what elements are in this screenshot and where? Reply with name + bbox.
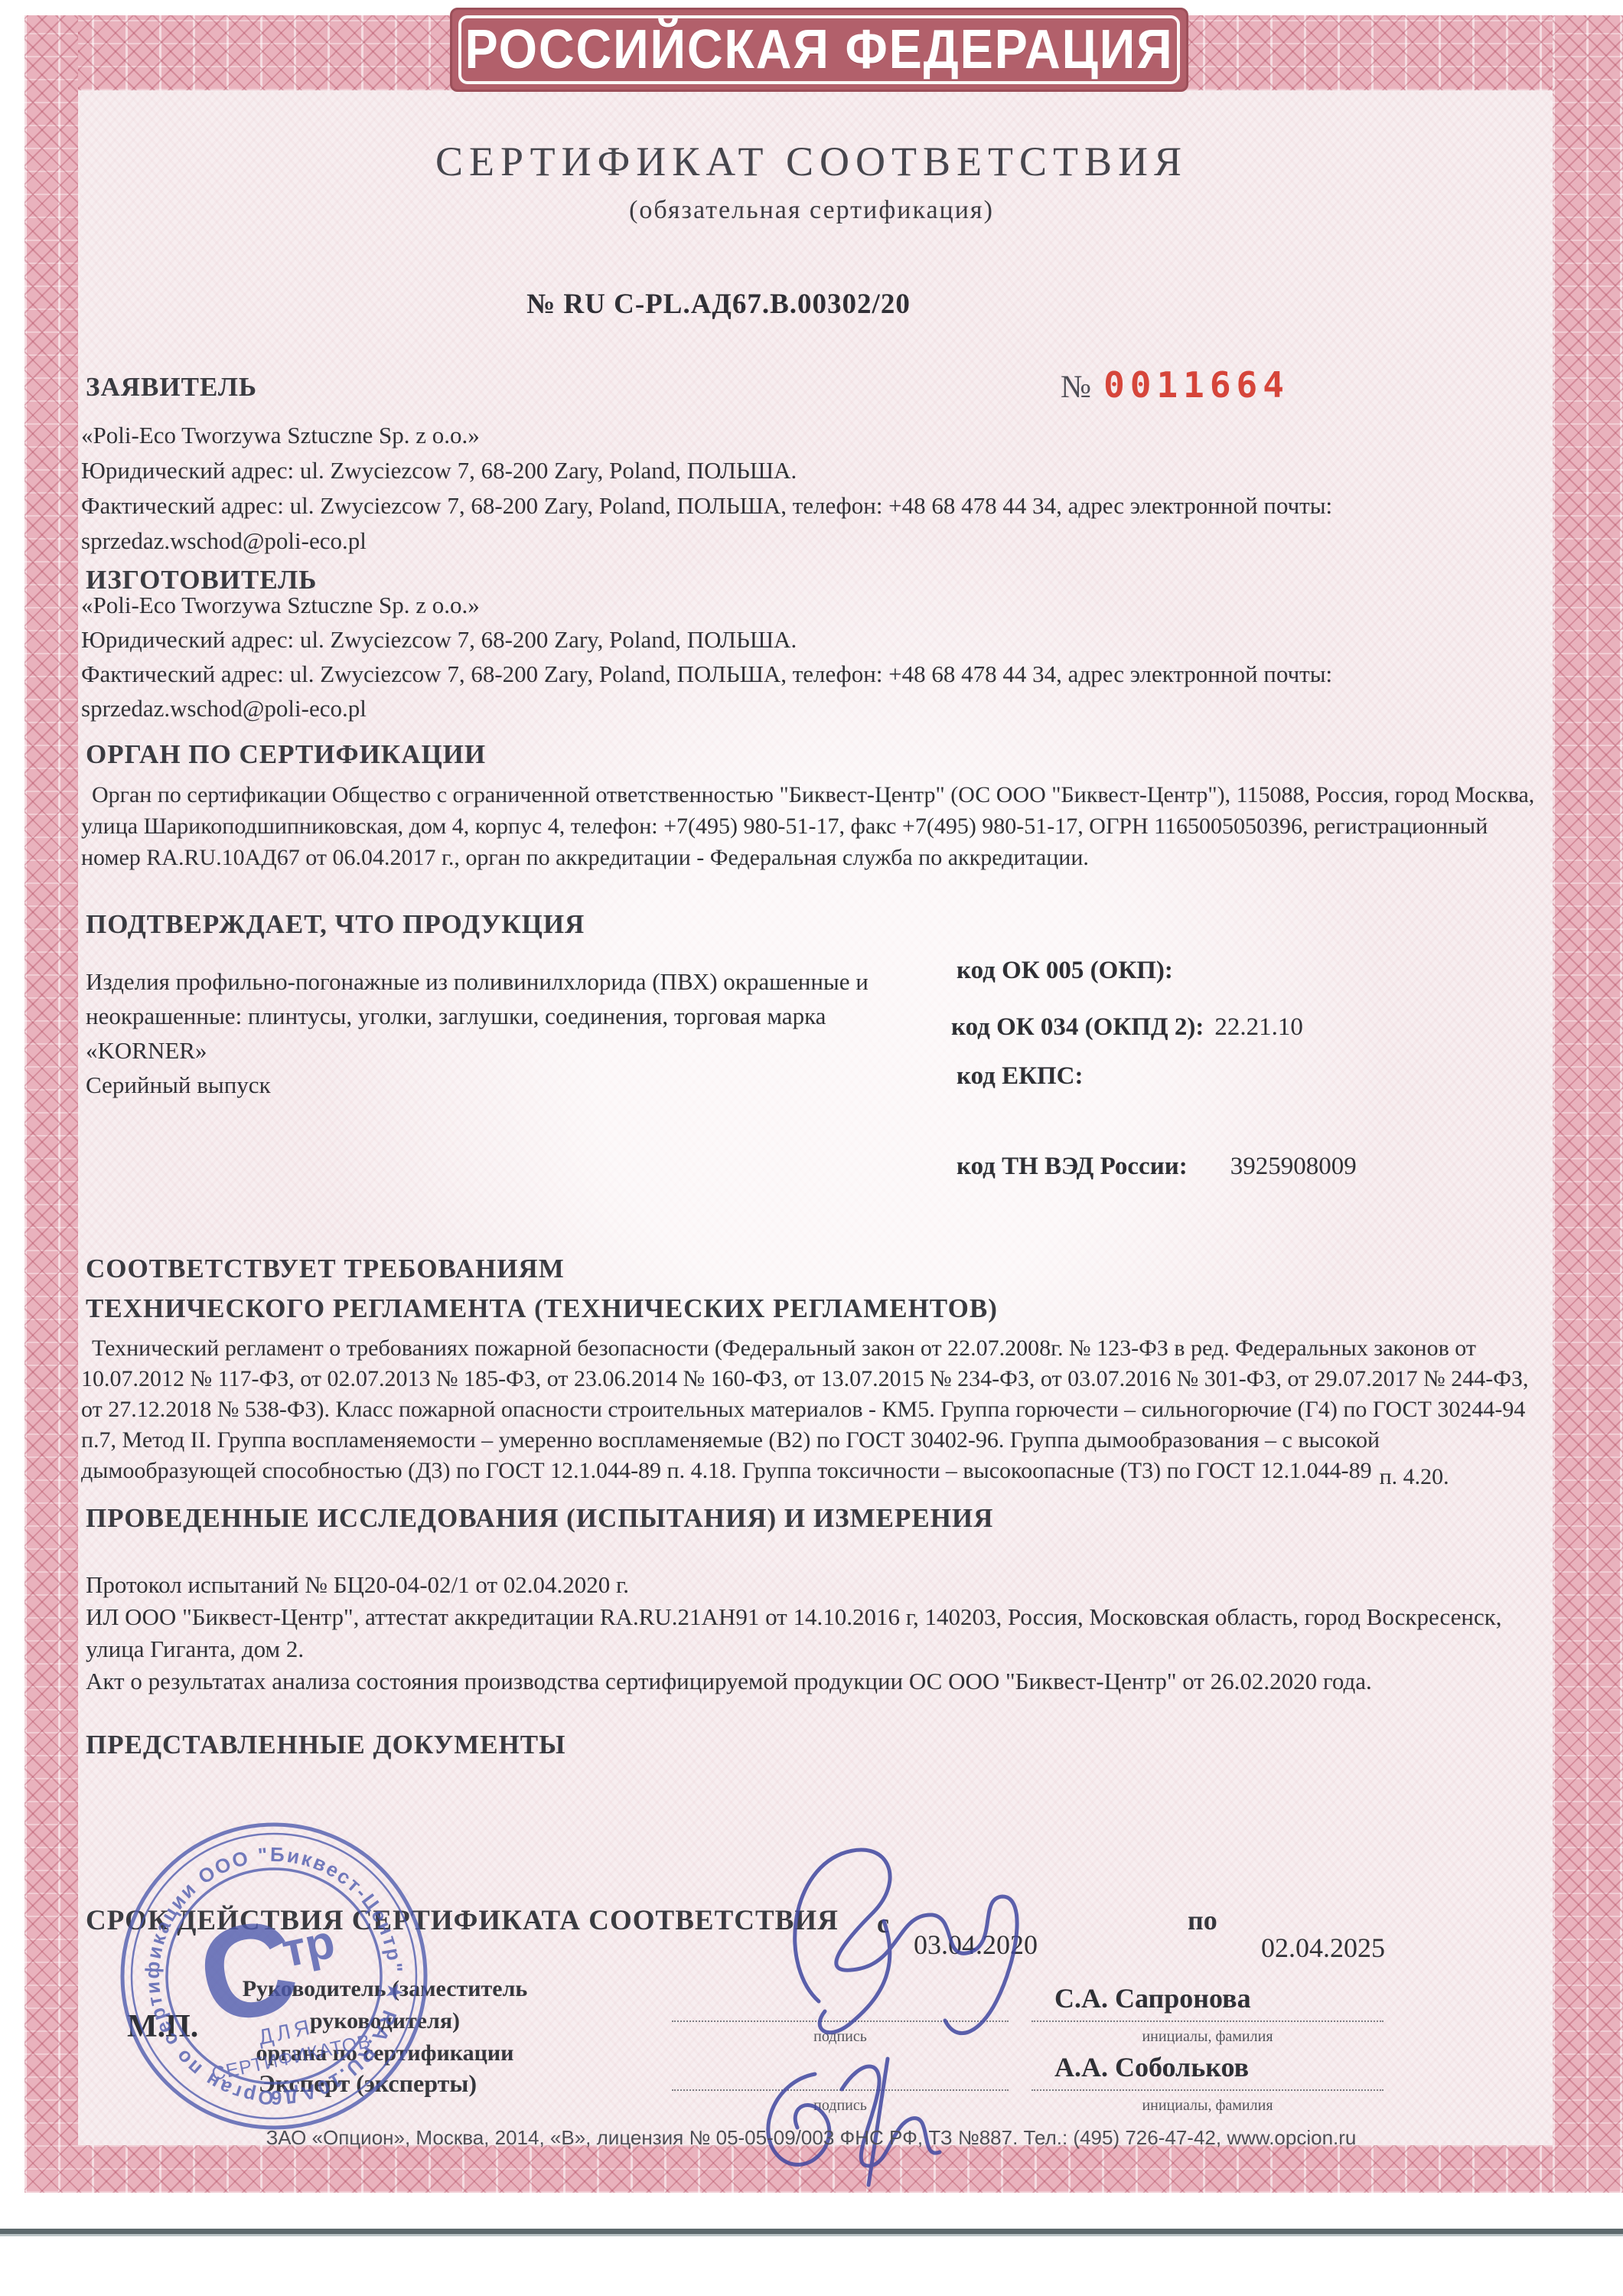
compliance-text-tail: п. 4.20.: [1380, 1464, 1449, 1489]
product-serial-type: Серийный выпуск: [86, 1068, 939, 1102]
code-okpd2-label: код ОК 034 (ОКПД 2):: [951, 1013, 1204, 1041]
expert-name: А.А. Собольков: [1054, 2051, 1249, 2083]
manufacturer-line: «Poli-Eco Tworzywa Sztuczne Sp. z o.o.»: [81, 588, 1531, 622]
manufacturer-block: «Poli-Eco Tworzywa Sztuczne Sp. z o.o.» …: [81, 588, 1531, 726]
head-signature-stroke: [795, 1850, 1017, 2033]
certification-round-stamp: Орган по сертификации ООО "Биквест-Центр…: [113, 1815, 435, 2137]
code-ekps-label: код ЕКПС:: [957, 1062, 1084, 1090]
validity-to-label: по: [1188, 1904, 1217, 1936]
tests-heading: ПРОВЕДЕННЫЕ ИССЛЕДОВАНИЯ (ИСПЫТАНИЯ) И И…: [86, 1503, 993, 1534]
code-okpd2-row: код ОК 034 (ОКПД 2):22.21.10: [951, 1013, 1303, 1042]
documents-heading: ПРЕДСТАВЛЕННЫЕ ДОКУМЕНТЫ: [86, 1730, 566, 1760]
blank-serial-number: №0011664: [1061, 364, 1289, 406]
tests-line: Акт о результатах анализа состояния прои…: [86, 1665, 1540, 1698]
expert-signature-stroke: [768, 2059, 940, 2185]
applicant-line: «Poli-Eco Tworzywa Sztuczne Sp. z o.o.»: [81, 418, 1531, 453]
stamp-svg: Орган по сертификации ООО "Биквест-Центр…: [113, 1815, 435, 2137]
tests-line: ИЛ ООО "Биквест-Центр", аттестат аккреди…: [86, 1601, 1540, 1665]
guilloche-border-right: [1553, 15, 1623, 2193]
product-section-heading: ПОДТВЕРЖДАЕТ, ЧТО ПРОДУКЦИЯ: [86, 909, 585, 940]
code-okpd2-value: 22.21.10: [1214, 1013, 1303, 1041]
head-name-line: [1031, 2020, 1383, 2022]
page-subtitle: (обязательная сертификация): [0, 196, 1623, 225]
code-tnved-label: код ТН ВЭД России:: [957, 1153, 1188, 1180]
blank-serial-prefix: №: [1061, 370, 1091, 405]
head-signature-flourish: [820, 1921, 890, 2033]
code-tnved-row: код ТН ВЭД России:3925908009: [957, 1153, 1357, 1181]
manufacturer-line: Фактический адрес: ul. Zwyciezcow 7, 68-…: [81, 657, 1531, 726]
product-block: Изделия профильно-погонажные из поливини…: [86, 964, 939, 1102]
code-okp-label: код ОК 005 (ОКП):: [957, 957, 1173, 984]
compliance-heading-line2: ТЕХНИЧЕСКОГО РЕГЛАМЕНТА (ТЕХНИЧЕСКИХ РЕГ…: [86, 1293, 998, 1324]
compliance-text: Технический регламент о требованиях пожа…: [81, 1333, 1546, 1486]
applicant-line: Фактический адрес: ul. Zwyciezcow 7, 68-…: [81, 488, 1531, 559]
validity-to-date: 02.04.2025: [1261, 1932, 1385, 1964]
cert-org-text: Орган по сертификации Общество с огранич…: [81, 779, 1539, 873]
blank-serial-digits: 0011664: [1103, 364, 1289, 406]
bottom-divider-shadow: [0, 2234, 1623, 2236]
applicant-block: «Poli-Eco Tworzywa Sztuczne Sp. z o.o.» …: [81, 418, 1531, 559]
head-name: С.А. Сапронова: [1054, 1982, 1251, 2014]
russian-federation-banner: РОССИЙСКАЯ ФЕДЕРАЦИЯ: [450, 8, 1188, 92]
guilloche-border-left: [24, 15, 78, 2193]
applicant-line: Юридический адрес: ul. Zwyciezcow 7, 68-…: [81, 453, 1531, 488]
banner-label: РОССИЙСКАЯ ФЕДЕРАЦИЯ: [489, 10, 1149, 90]
code-ekps-row: код ЕКПС:: [957, 1062, 1094, 1091]
code-tnved-value: 3925908009: [1230, 1153, 1357, 1180]
expert-name-line: [1031, 2089, 1383, 2091]
compliance-text-main: Технический регламент о требованиях пожа…: [81, 1336, 1529, 1483]
manufacturer-line: Юридический адрес: ul. Zwyciezcow 7, 68-…: [81, 622, 1531, 657]
compliance-heading-line1: СООТВЕТСТВУЕТ ТРЕБОВАНИЯМ: [86, 1254, 565, 1284]
expert-name-caption: инициалы, фамилия: [1031, 2097, 1383, 2115]
stamp-ctr-mark-sub: тр: [277, 1915, 339, 1978]
code-okp-row: код ОК 005 (ОКП):: [957, 957, 1184, 985]
bottom-divider-line: [0, 2229, 1623, 2234]
applicant-heading: ЗАЯВИТЕЛЬ: [86, 372, 257, 403]
page-title: СЕРТИФИКАТ СООТВЕТСТВИЯ: [0, 138, 1623, 185]
print-house-footer: ЗАО «Опцион», Москва, 2014, «В», лицензи…: [214, 2126, 1408, 2150]
head-name-caption: инициалы, фамилия: [1031, 2028, 1383, 2046]
tests-line: Протокол испытаний № БЦ20-04-02/1 от 02.…: [86, 1569, 1540, 1601]
product-description: Изделия профильно-погонажные из поливини…: [86, 964, 939, 1068]
certificate-number: № RU C-PL.АД67.В.00302/20: [526, 288, 911, 321]
tests-block: Протокол испытаний № БЦ20-04-02/1 от 02.…: [86, 1569, 1540, 1698]
cert-org-heading: ОРГАН ПО СЕРТИФИКАЦИИ: [86, 739, 486, 770]
